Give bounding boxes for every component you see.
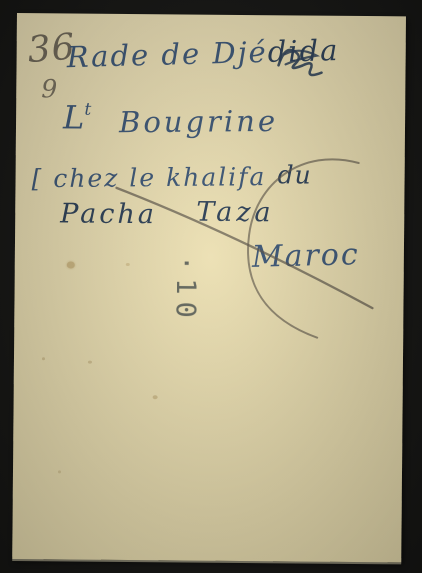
- pencil-number-9: 9: [41, 76, 57, 101]
- stain-spot: [126, 263, 130, 266]
- stain-spot: [88, 361, 92, 364]
- stain-spot: [58, 470, 61, 473]
- stain-spot: [153, 395, 158, 399]
- street-text: Rade de Djé: [66, 35, 268, 74]
- care-of-line-end: du: [277, 162, 311, 187]
- pencil-marks: [12, 13, 406, 562]
- place-word-taza: Taza: [196, 199, 275, 227]
- index-card: 36 9 Rade de Djédida Lt Bougrine [ chez …: [12, 13, 406, 562]
- place-word-pacha: Pacha: [60, 200, 157, 228]
- street-overwritten-text: dida: [267, 33, 340, 69]
- stain-spot: [42, 357, 45, 360]
- rank-abbreviation: Lt: [63, 101, 91, 133]
- photo-background: 36 9 Rade de Djédida Lt Bougrine [ chez …: [0, 0, 422, 573]
- street-line: Rade de Djédida: [66, 36, 339, 72]
- name-line: Bougrine: [119, 107, 278, 137]
- rank-letter: L: [63, 98, 85, 136]
- stain-spot: [67, 261, 75, 268]
- stamp-number: ·10: [170, 255, 202, 325]
- country-line: Maroc: [252, 240, 361, 273]
- rank-superscript: t: [84, 100, 91, 120]
- care-of-line: [ chez le khalifa: [31, 164, 266, 191]
